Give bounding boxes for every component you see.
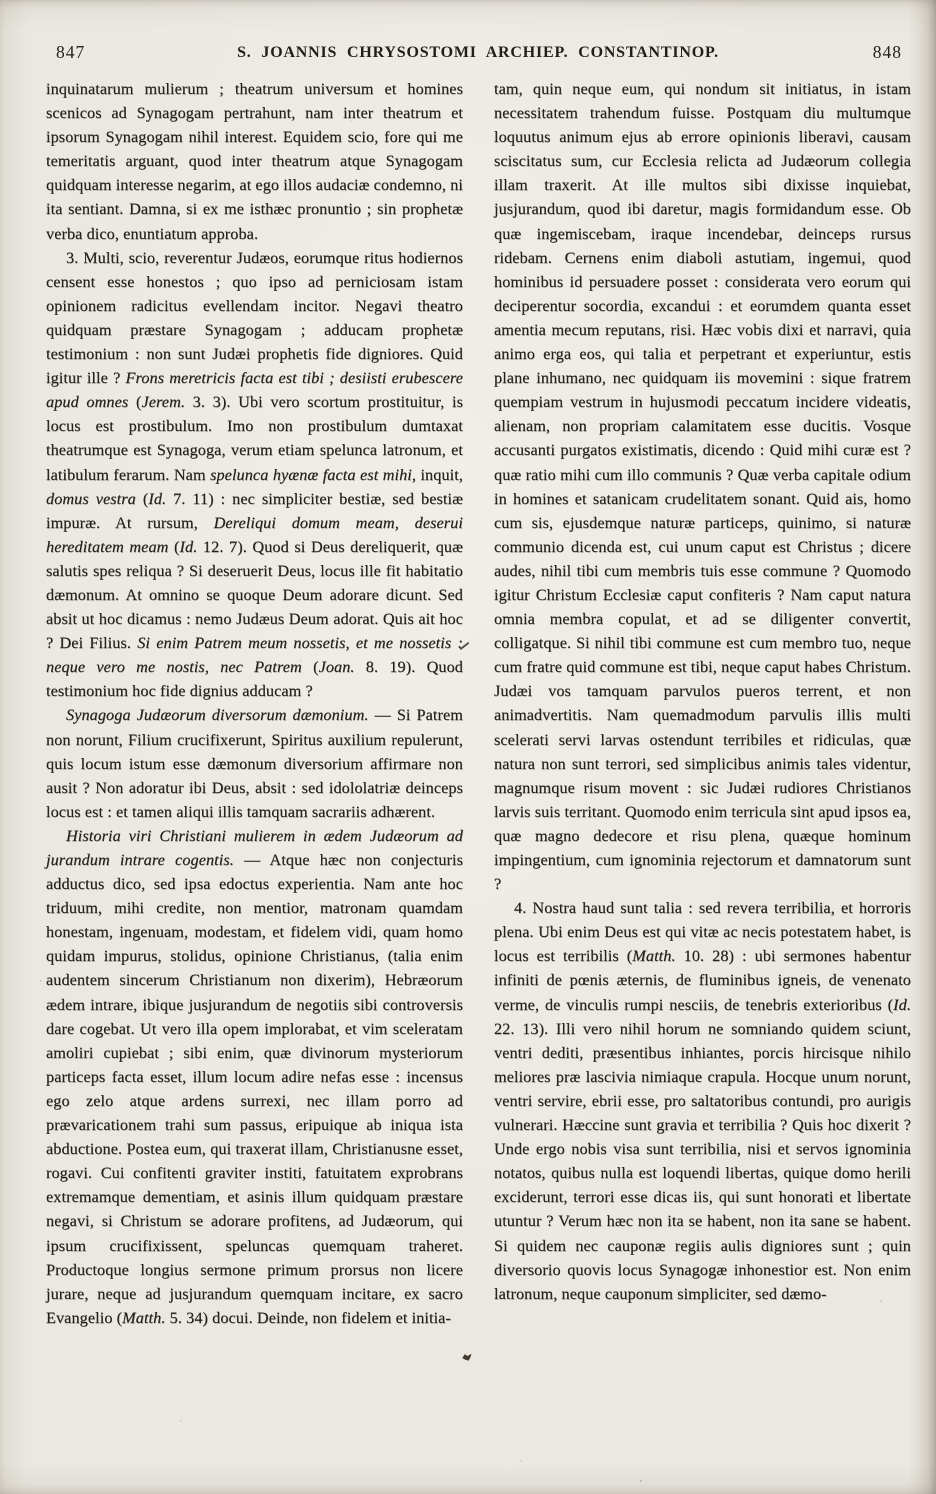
left-paragraph-4-summary: Historia viri Christiani mulierem in æde…: [46, 824, 463, 1330]
text-run: , inquit,: [412, 466, 463, 484]
text-run: 22. 13). Illi vero nihil horum ne somnia…: [494, 1020, 911, 1303]
scanned-book-page: 847 S. JOANNIS CHRYSOSTOMI ARCHIEP. CONS…: [0, 0, 936, 1494]
text-run: inquinatarum mulierum ; theatrum univers…: [46, 80, 463, 243]
left-paragraph-2: 3. Multi, scio, reverentur Judæos, eorum…: [46, 246, 463, 704]
column-number-right: 848: [873, 42, 902, 63]
italic-text-run: Matth.: [122, 1309, 165, 1327]
italic-text-run: Jerem.: [141, 393, 185, 411]
text-run: 5. 34) docui. Deinde, non fidelem et ini…: [166, 1309, 451, 1327]
italic-text-run: domus vestra: [46, 490, 136, 508]
right-paragraph-1: tam, quin neque eum, qui nondum sit init…: [494, 77, 911, 896]
column-number-left: 847: [56, 42, 85, 63]
italic-text-run: Matth.: [632, 947, 675, 965]
text-run: tam, quin neque eum, qui nondum sit init…: [494, 80, 911, 893]
text-run: (: [136, 490, 148, 508]
italic-text-run: Synagoga Judæorum diversorum dæmonium.: [66, 706, 369, 724]
left-paragraph-3-summary: Synagoga Judæorum diversorum dæmonium. —…: [46, 703, 463, 823]
running-title: S. JOANNIS CHRYSOSTOMI ARCHIEP. CONSTANT…: [120, 44, 836, 62]
italic-text-run: Joan.: [319, 658, 355, 676]
text-run: (: [168, 538, 179, 556]
scan-noise-specks: [0, 0, 2, 2]
italic-text-run: Id.: [148, 490, 166, 508]
left-paragraph-1: inquinatarum mulierum ; theatrum univers…: [46, 77, 463, 246]
italic-text-run: Id.: [180, 538, 198, 556]
text-run: — Atque hæc non conjecturis adductus dic…: [46, 851, 463, 1327]
italic-text-run: spelunca hyænæ facta est mihi: [210, 466, 412, 484]
left-column: inquinatarum mulierum ; theatrum univers…: [46, 77, 463, 1480]
right-column: tam, quin neque eum, qui nondum sit init…: [494, 77, 911, 1480]
text-columns: inquinatarum mulierum ; theatrum univers…: [46, 77, 911, 1480]
right-paragraph-2: 4. Nostra haud sunt talia : sed revera t…: [494, 896, 911, 1306]
text-run: 3. Multi, scio, reverentur Judæos, eorum…: [46, 249, 463, 387]
italic-text-run: Id.: [893, 996, 911, 1014]
